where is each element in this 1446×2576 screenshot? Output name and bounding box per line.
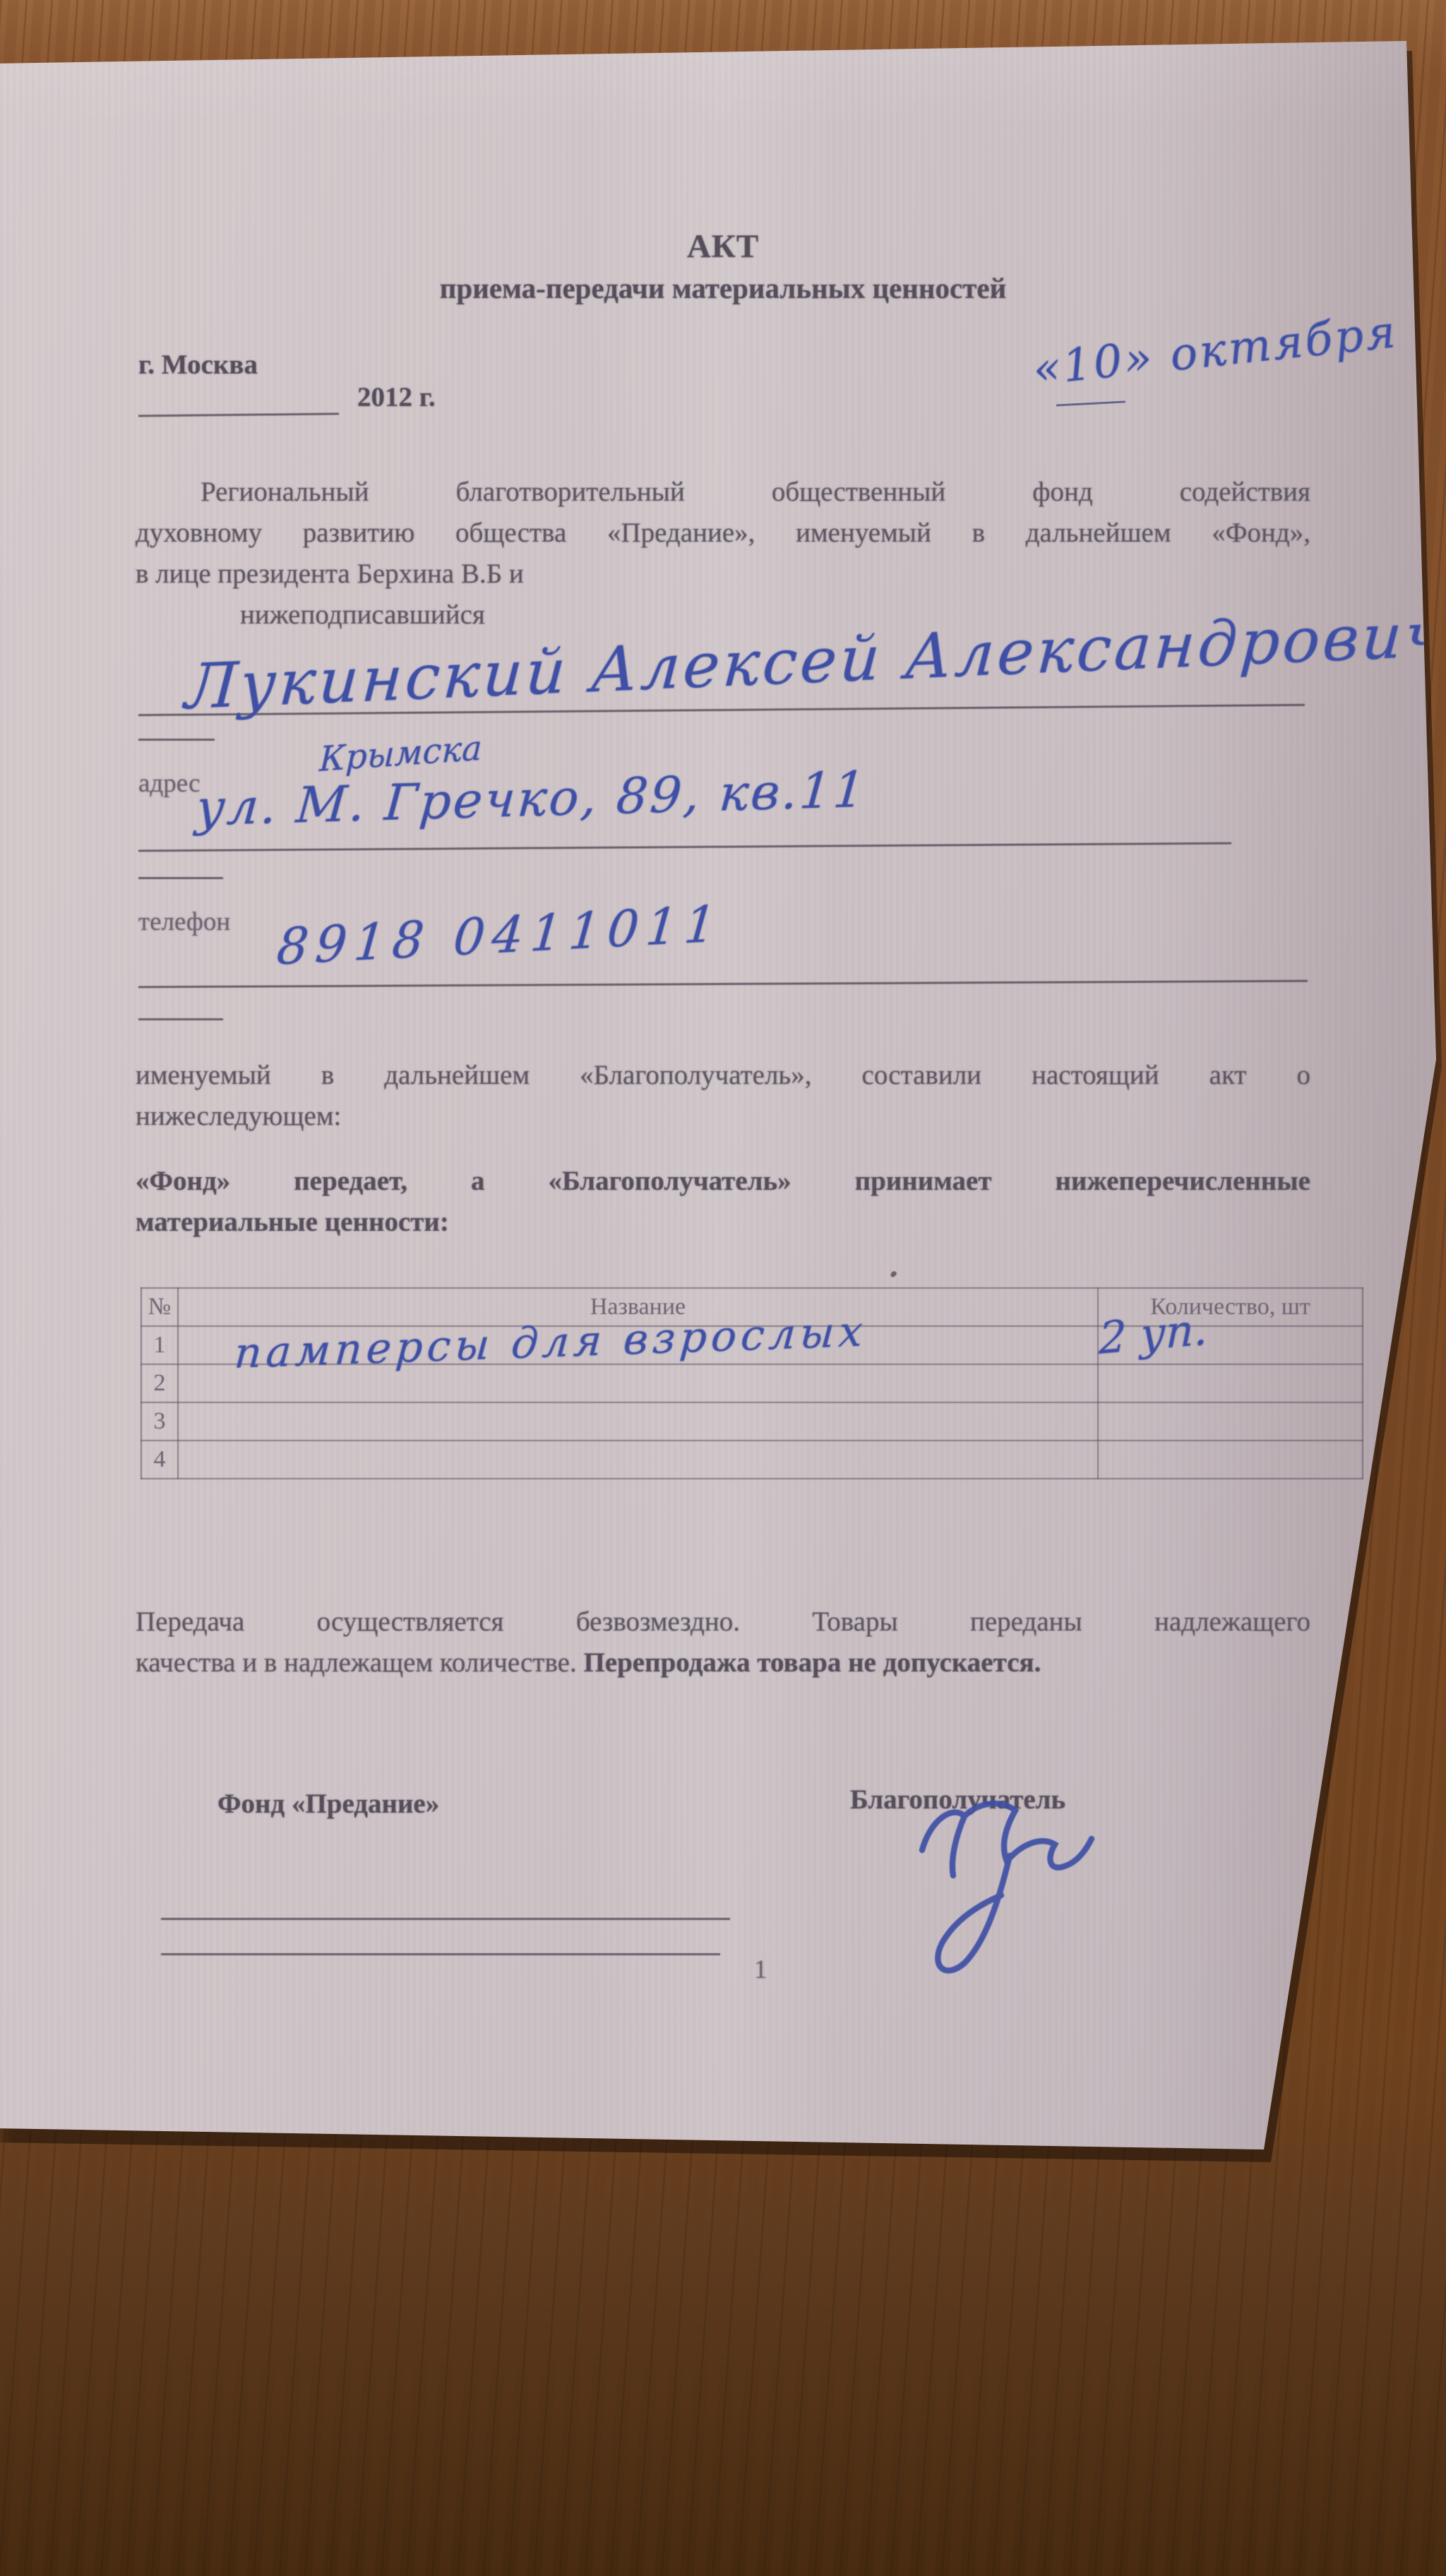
address-blank-line-2: [138, 877, 223, 879]
address-label: адрес: [138, 768, 201, 799]
name-blank-line-2: [138, 739, 215, 741]
intro-line: Региональный благотворительный обществен…: [136, 472, 1310, 513]
phone-blank-line-2: [138, 1018, 223, 1020]
intro-line: духовному развитию общества «Предание», …: [136, 513, 1310, 554]
year-label: 2012 г.: [357, 381, 436, 413]
act-line: нижеследующем:: [136, 1096, 1310, 1137]
paper-sheet: АКТ приема-передачи материальных ценност…: [0, 0, 1446, 2576]
closing-line: Передача осуществляется безвозмездно. То…: [136, 1602, 1310, 1642]
row-number: 4: [141, 1441, 178, 1479]
row-qty-cell: [1098, 1364, 1363, 1402]
closing-bold: Перепродажа товара не допускается.: [583, 1647, 1041, 1678]
phone-blank-line: [138, 980, 1308, 989]
beneficiary-signature-scribble: [891, 1799, 1131, 1990]
fund-signature-line-2: [161, 1953, 720, 1955]
closing-paragraph: Передача осуществляется безвозмездно. То…: [136, 1602, 1310, 1683]
page-number: 1: [754, 1955, 767, 1985]
act-paragraph: именуемый в дальнейшем «Благополучатель»…: [136, 1055, 1310, 1137]
address-blank-line: [138, 842, 1231, 852]
city-label: г. Москва: [138, 349, 258, 381]
transfer-paragraph: «Фонд» передает, а «Благополучатель» при…: [136, 1161, 1310, 1243]
ink-speck: [890, 1270, 897, 1278]
row-number: 1: [141, 1326, 178, 1364]
handwritten-item-qty: 2 уп.: [1099, 1303, 1208, 1364]
row-name-cell: [178, 1402, 1098, 1441]
closing-line: качества и в надлежащем количестве. Пере…: [136, 1642, 1310, 1683]
document-content: АКТ приема-передачи материальных ценност…: [0, 0, 1446, 2576]
doc-subtitle: приема-передачи материальных ценностей: [0, 271, 1446, 305]
row-number: 2: [141, 1364, 178, 1402]
transfer-line: «Фонд» передает, а «Благополучатель» при…: [136, 1161, 1310, 1202]
phone-label: телефон: [138, 907, 230, 937]
intro-line: в лице президента Берхина В.Б и: [136, 554, 1310, 595]
row-number: 3: [141, 1402, 178, 1441]
photo-of-document: { "colors": { "paper": "#cdc3c7", "wood"…: [0, 0, 1446, 2576]
doc-title: АКТ: [0, 227, 1446, 266]
transfer-line: материальные ценности:: [136, 1202, 1310, 1243]
act-line: именуемый в дальнейшем «Благополучатель»…: [136, 1055, 1310, 1096]
row-qty-cell: [1098, 1402, 1363, 1441]
fund-signature-line: [161, 1918, 730, 1920]
row-qty-cell: [1098, 1441, 1363, 1479]
fund-signature-label: Фонд «Предание»: [217, 1788, 439, 1820]
col-header-number: №: [141, 1288, 178, 1326]
table-row: 3: [141, 1402, 1363, 1441]
date-blank-line: [138, 413, 339, 417]
table-row: 4: [141, 1441, 1363, 1479]
row-name-cell: [178, 1441, 1098, 1479]
closing-regular: качества и в надлежащем количестве.: [136, 1647, 577, 1678]
